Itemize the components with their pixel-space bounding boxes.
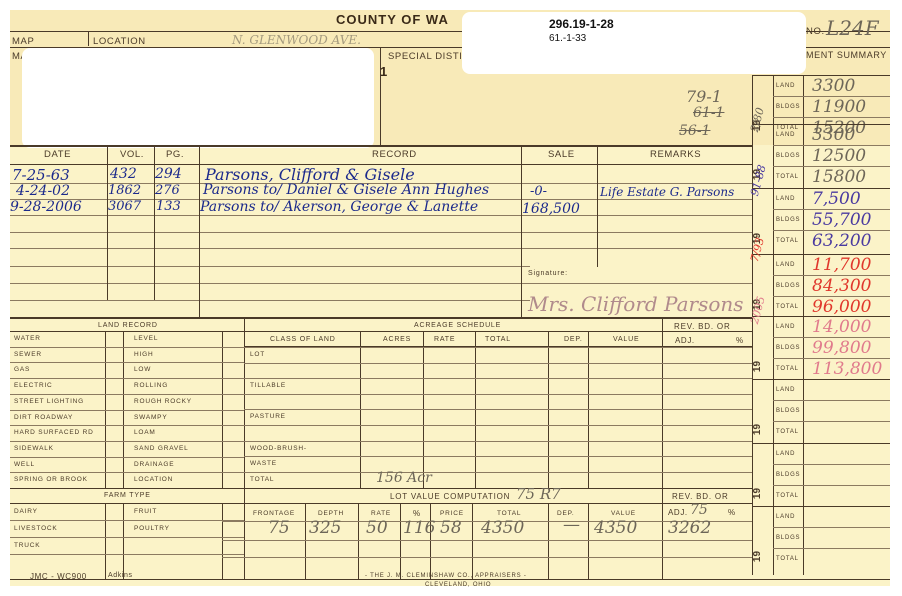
lot-adj-pct: 75 <box>690 502 708 518</box>
lot-col-depth: DEPTH <box>318 510 344 517</box>
summary-label: MENT SUMMARY <box>806 50 887 60</box>
lot-value-title: LOT VALUE COMPUTATION <box>390 492 510 501</box>
county-title: COUNTY OF WA <box>336 12 449 27</box>
summary-bldgs-label: BLDGS <box>776 472 800 478</box>
summary-total-value: 15800 <box>812 167 866 187</box>
summary-total-label: TOTAL <box>776 238 799 244</box>
location-label: LOCATION <box>93 36 146 47</box>
signature-value: Mrs. Clifford Parsons <box>528 292 744 316</box>
summary-bldgs-label: BLDGS <box>776 153 800 159</box>
summary-total-label: TOTAL <box>776 174 799 180</box>
acreage-col-dep: DEP. <box>564 336 583 343</box>
company-city: CLEVELAND, OHIO <box>425 582 491 588</box>
col-vol: VOL. <box>120 149 144 160</box>
summary-bldgs-label: BLDGS <box>776 408 800 414</box>
printer-name: Adkins <box>108 572 133 579</box>
summary-land-label: LAND <box>776 451 795 457</box>
acreage-pct-label: % <box>736 336 744 345</box>
company-name: - THE J. M. CLEMINSHAW CO., APPRAISERS - <box>365 573 527 579</box>
summary-total-label: TOTAL <box>776 493 799 499</box>
col-record: RECORD <box>372 149 417 160</box>
lot-col-frontage: FRONTAGE <box>253 510 295 517</box>
lot-col-rate: RATE <box>371 510 391 517</box>
lot-col-value: VALUE <box>611 510 636 517</box>
summary-bldgs-label: BLDGS <box>776 535 800 541</box>
summary-land-label: LAND <box>776 324 795 330</box>
no-value: L24F <box>826 16 879 40</box>
parcel-id: 296.19-1-28 <box>549 17 614 31</box>
parcel-label-sticker <box>462 12 806 74</box>
summary-total-label: TOTAL <box>776 125 799 131</box>
col-sale: SALE <box>548 149 575 160</box>
summary-total-value: 113,800 <box>812 359 882 379</box>
summary-land-value: 14,000 <box>812 317 871 337</box>
summary-land-label: LAND <box>776 132 795 138</box>
lot-rev-label: REV. BD. OR <box>672 492 729 501</box>
summary-bldgs-label: BLDGS <box>776 217 800 223</box>
special-district-label: SPECIAL DISTI <box>388 51 463 62</box>
summary-bldgs-value: 55,700 <box>812 210 871 230</box>
acreage-adj-label: ADJ. <box>675 336 695 345</box>
summary-land-value: 3300 <box>812 76 855 96</box>
summary-bldgs-value: 12500 <box>812 146 866 166</box>
summary-land-value: 7,500 <box>812 189 861 209</box>
map-number-old-2: 56-1 <box>679 123 710 139</box>
lot-pct-label: % <box>728 508 736 517</box>
signature-label: Signature: <box>528 270 568 277</box>
form-code: JMC - WC900 <box>30 572 87 581</box>
special-district-value: 1 <box>380 64 387 79</box>
farm-type-title: FARM TYPE <box>104 492 151 499</box>
acreage-col-rate: RATE <box>434 336 455 343</box>
summary-total-value: 63,200 <box>812 231 871 251</box>
col-pg: PG. <box>166 149 184 160</box>
lot-col-pct: % <box>413 509 421 518</box>
acreage-total-note: 156 Acr <box>376 470 432 486</box>
summary-total-value: 96,000 <box>812 297 871 317</box>
summary-bldgs-value: 11900 <box>812 97 866 117</box>
acreage-title: ACREAGE SCHEDULE <box>414 322 501 329</box>
summary-bldgs-value: 84,300 <box>812 276 871 296</box>
summary-bldgs-value: 99,800 <box>812 338 871 358</box>
lot-value-title-note: 75 R7 <box>516 485 561 503</box>
col-remarks: REMARKS <box>650 149 701 160</box>
summary-bldgs-label: BLDGS <box>776 283 800 289</box>
col-date: DATE <box>44 149 71 160</box>
map-label: MAP <box>12 36 34 47</box>
summary-bldgs-label: BLDGS <box>776 104 800 110</box>
acreage-col-class: CLASS OF LAND <box>270 336 336 343</box>
acreage-col-value: VALUE <box>613 336 639 343</box>
acreage-rev-label: REV. BD. OR <box>674 322 731 331</box>
lot-col-total: TOTAL <box>497 510 521 517</box>
lot-col-price: PRICE <box>440 510 464 517</box>
map-number-current: 79-1 <box>686 87 722 106</box>
lot-adj-label: ADJ. <box>668 508 688 517</box>
summary-total-label: TOTAL <box>776 304 799 310</box>
summary-land-label: LAND <box>776 196 795 202</box>
no-label: NO. <box>806 26 825 37</box>
summary-land-label: LAND <box>776 387 795 393</box>
summary-total-label: TOTAL <box>776 429 799 435</box>
acreage-col-acres: ACRES <box>383 336 411 343</box>
owner-address-redaction <box>22 48 374 148</box>
summary-bldgs-label: BLDGS <box>776 345 800 351</box>
acreage-col-total: TOTAL <box>485 336 511 343</box>
summary-land-label: LAND <box>776 514 795 520</box>
summary-land-value: 3300 <box>812 125 855 145</box>
summary-total-label: TOTAL <box>776 366 799 372</box>
land-record-title: LAND RECORD <box>98 322 158 329</box>
location-value: N. GLENWOOD AVE. <box>232 33 361 47</box>
map-number-old-1: 61-1 <box>693 105 724 121</box>
summary-land-label: LAND <box>776 262 795 268</box>
summary-total-label: TOTAL <box>776 556 799 562</box>
parcel-id-old: 61.-1-33 <box>549 33 586 44</box>
summary-land-label: LAND <box>776 83 795 89</box>
summary-land-value: 11,700 <box>812 255 871 275</box>
